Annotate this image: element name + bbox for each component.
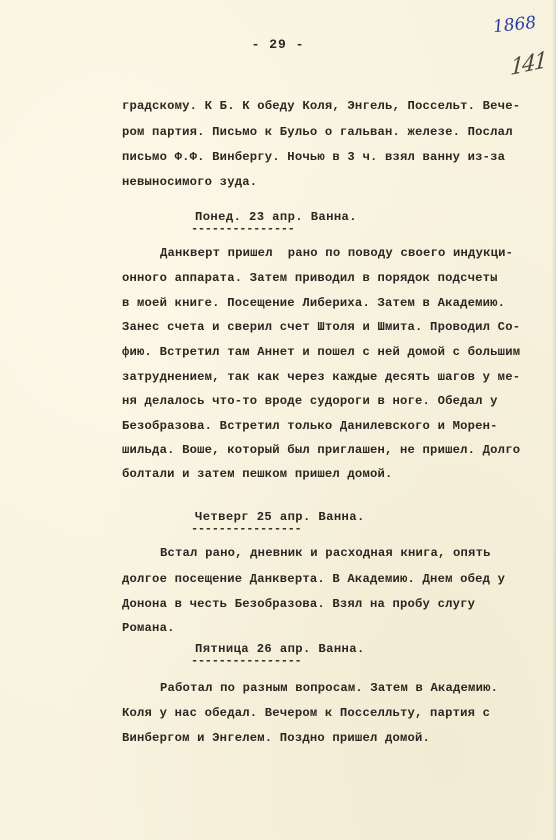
page-number: - 29 - xyxy=(0,37,556,52)
document-page: - 29 - 1868 141 градскому. К Б. К обеду … xyxy=(0,0,556,840)
text-line: затруднением, так как через каждые десят… xyxy=(122,370,520,384)
heading-underline: ---------------- xyxy=(191,654,301,668)
text-line: шильда. Воше, который был приглашен, не … xyxy=(122,443,520,457)
text-line: Коля у нас обедал. Вечером к Посселльту,… xyxy=(122,706,490,720)
text-line: невыносимого зуда. xyxy=(122,175,257,189)
text-line: ня делалось что-то вроде судороги в ноге… xyxy=(122,394,498,408)
text-line: в моей книге. Посещение Либериха. Затем … xyxy=(122,296,505,310)
text-line: Донона в честь Безобразова. Взял на проб… xyxy=(122,597,475,611)
text-line: письмо Ф.Ф. Винбергу. Ночью в 3 ч. взял … xyxy=(122,150,505,164)
text-line: Данкверт пришел рано по поводу своего ин… xyxy=(160,246,513,260)
text-line: градскому. К Б. К обеду Коля, Энгель, По… xyxy=(122,99,520,113)
text-line: Винбергом и Энгелем. Поздно пришел домой… xyxy=(122,731,430,745)
text-line: долгое посещение Данкверта. В Академию. … xyxy=(122,572,505,586)
text-line: онного аппарата. Затем приводил в порядо… xyxy=(122,271,498,285)
heading-underline: ---------------- xyxy=(191,522,301,536)
text-line: Занес счета и сверил счет Штоля и Шмита.… xyxy=(122,320,520,334)
text-line: Работал по разным вопросам. Затем в Акад… xyxy=(160,681,498,695)
text-line: Безобразова. Встретил только Данилевског… xyxy=(122,419,498,433)
handwritten-year-annotation: 1868 xyxy=(492,13,537,37)
handwritten-folio-number: 141 xyxy=(510,48,547,81)
text-line: Романа. xyxy=(122,621,175,635)
heading-underline: --------------- xyxy=(191,222,295,236)
text-line: фию. Встретил там Аннет и пошел с ней до… xyxy=(122,345,520,359)
text-line: болтали и затем пешком пришел домой. xyxy=(122,467,393,481)
text-line: Встал рано, дневник и расходная книга, о… xyxy=(160,546,491,560)
text-line: ром партия. Письмо к Бульо о гальван. же… xyxy=(122,125,513,139)
